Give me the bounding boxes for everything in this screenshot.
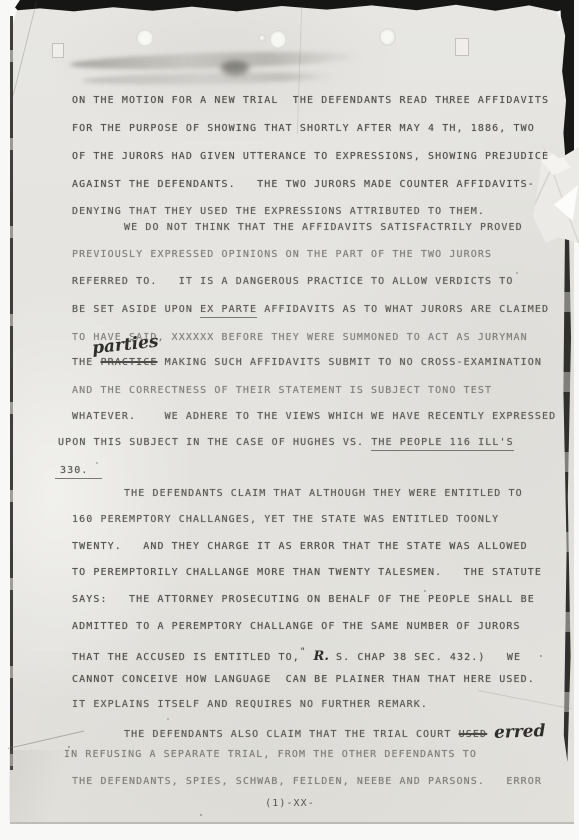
typed-line: 160 PEREMPTORY CHALLANGES, YET THE STATE… [72, 514, 499, 527]
typed-text: MAKING SUCH AFFIDAVITS SUBMIT TO NO CROS… [157, 357, 542, 368]
typed-line: 330. [55, 465, 102, 478]
underlined-citation: THE PEOPLE 116 ILL'S [371, 437, 513, 451]
typed-line: TWENTY. AND THEY CHARGE IT AS ERROR THAT… [72, 541, 528, 554]
struck-word: PRACTICE [100, 357, 157, 368]
typed-line: TO PEREMPTORILY CHALLANGE MORE THAN TWEN… [72, 567, 542, 580]
typed-line: UPON THIS SUBJECT IN THE CASE OF HUGHES … [58, 437, 514, 450]
scan-edge-left [10, 16, 13, 770]
typed-line: ADMITTED TO A PEREMPTORY CHALLANGE OF TH… [72, 621, 521, 634]
tape-fragment [52, 43, 64, 58]
typed-line: WE DO NOT THINK THAT THE AFFIDAVITS SATI… [124, 222, 523, 235]
typed-text: UPON THIS SUBJECT IN THE CASE OF HUGHES … [58, 437, 371, 448]
typed-text: AFFIDAVITS AS TO WHAT JURORS ARE CLAIMED [257, 304, 549, 315]
paper-specks [0, 0, 2, 2]
typed-line: DENYING THAT THEY USED THE EXPRESSIONS A… [72, 206, 485, 219]
typed-text: BE SET ASIDE UPON [72, 304, 200, 315]
scanned-page: ON THE MOTION FOR A NEW TRIAL THE DEFEND… [0, 0, 579, 840]
handwritten-correction-erred: erred [494, 721, 546, 743]
typed-text: S. CHAP 38 SEC. 432.) WE [329, 652, 521, 663]
typed-line: WHATEVER. WE ADHERE TO THE VIEWS WHICH W… [72, 411, 556, 424]
underlined-citation: 330. [55, 465, 102, 479]
struck-word: USED [459, 729, 487, 740]
typed-line: ON THE MOTION FOR A NEW TRIAL THE DEFEND… [72, 95, 549, 108]
typed-text: THE [72, 357, 100, 368]
typed-line: THAT THE ACCUSED IS ENTITLED TO," R. S. … [72, 647, 521, 660]
typed-line: FOR THE PURPOSE OF SHOWING THAT SHORTLY … [72, 123, 535, 136]
typed-line: THE DEFENDANTS, SPIES, SCHWAB, FEILDEN, … [72, 776, 542, 789]
typed-line: AGAINST THE DEFENDANTS. THE TWO JURORS M… [72, 179, 535, 192]
handwritten-statute-r: R. [314, 649, 329, 664]
typed-line: OF THE JURORS HAD GIVEN UTTERANCE TO EXP… [72, 151, 549, 164]
underlined-phrase: EX PARTE [200, 304, 257, 318]
typed-line: IT EXPLAINS ITSELF AND REQUIRES NO FURTH… [72, 699, 428, 712]
typed-line: partiesTHE PRACTICE MAKING SUCH AFFIDAVI… [72, 357, 542, 370]
typed-line: SAYS: THE ATTORNEY PROSECUTING ON BEHALF… [72, 594, 535, 607]
typed-line: THE DEFENDANTS ALSO CLAIM THAT THE TRIAL… [124, 722, 546, 735]
paper-edge-bottom [10, 822, 574, 824]
ink-smudge [221, 61, 249, 75]
scan-margin-right [574, 0, 579, 840]
page-number: (1)-XX- [60, 798, 520, 809]
typed-line: THE DEFENDANTS CLAIM THAT ALTHOUGH THEY … [124, 488, 523, 501]
typed-line: IN REFUSING A SEPARATE TRIAL, FROM THE O… [64, 749, 477, 762]
punch-hole [136, 29, 154, 47]
punch-hole [379, 28, 396, 46]
typed-line: AND THE CORRECTNESS OF THEIR STATEMENT I… [72, 385, 492, 398]
tape-fragment [455, 38, 469, 56]
punch-hole [269, 30, 287, 49]
punch-hole-small [258, 34, 266, 42]
typed-line: PREVIOUSLY EXPRESSED OPINIONS ON THE PAR… [72, 249, 492, 262]
typed-text: THE DEFENDANTS ALSO CLAIM THAT THE TRIAL… [124, 729, 459, 740]
typed-line: CANNOT CONCEIVE HOW LANGUAGE CAN BE PLAI… [72, 674, 535, 687]
typed-line: REFERRED TO. IT IS A DANGEROUS PRACTICE … [72, 276, 513, 289]
typed-text: THAT THE ACCUSED IS ENTITLED TO, [72, 652, 300, 663]
typed-line: BE SET ASIDE UPON EX PARTE AFFIDAVITS AS… [72, 304, 549, 317]
